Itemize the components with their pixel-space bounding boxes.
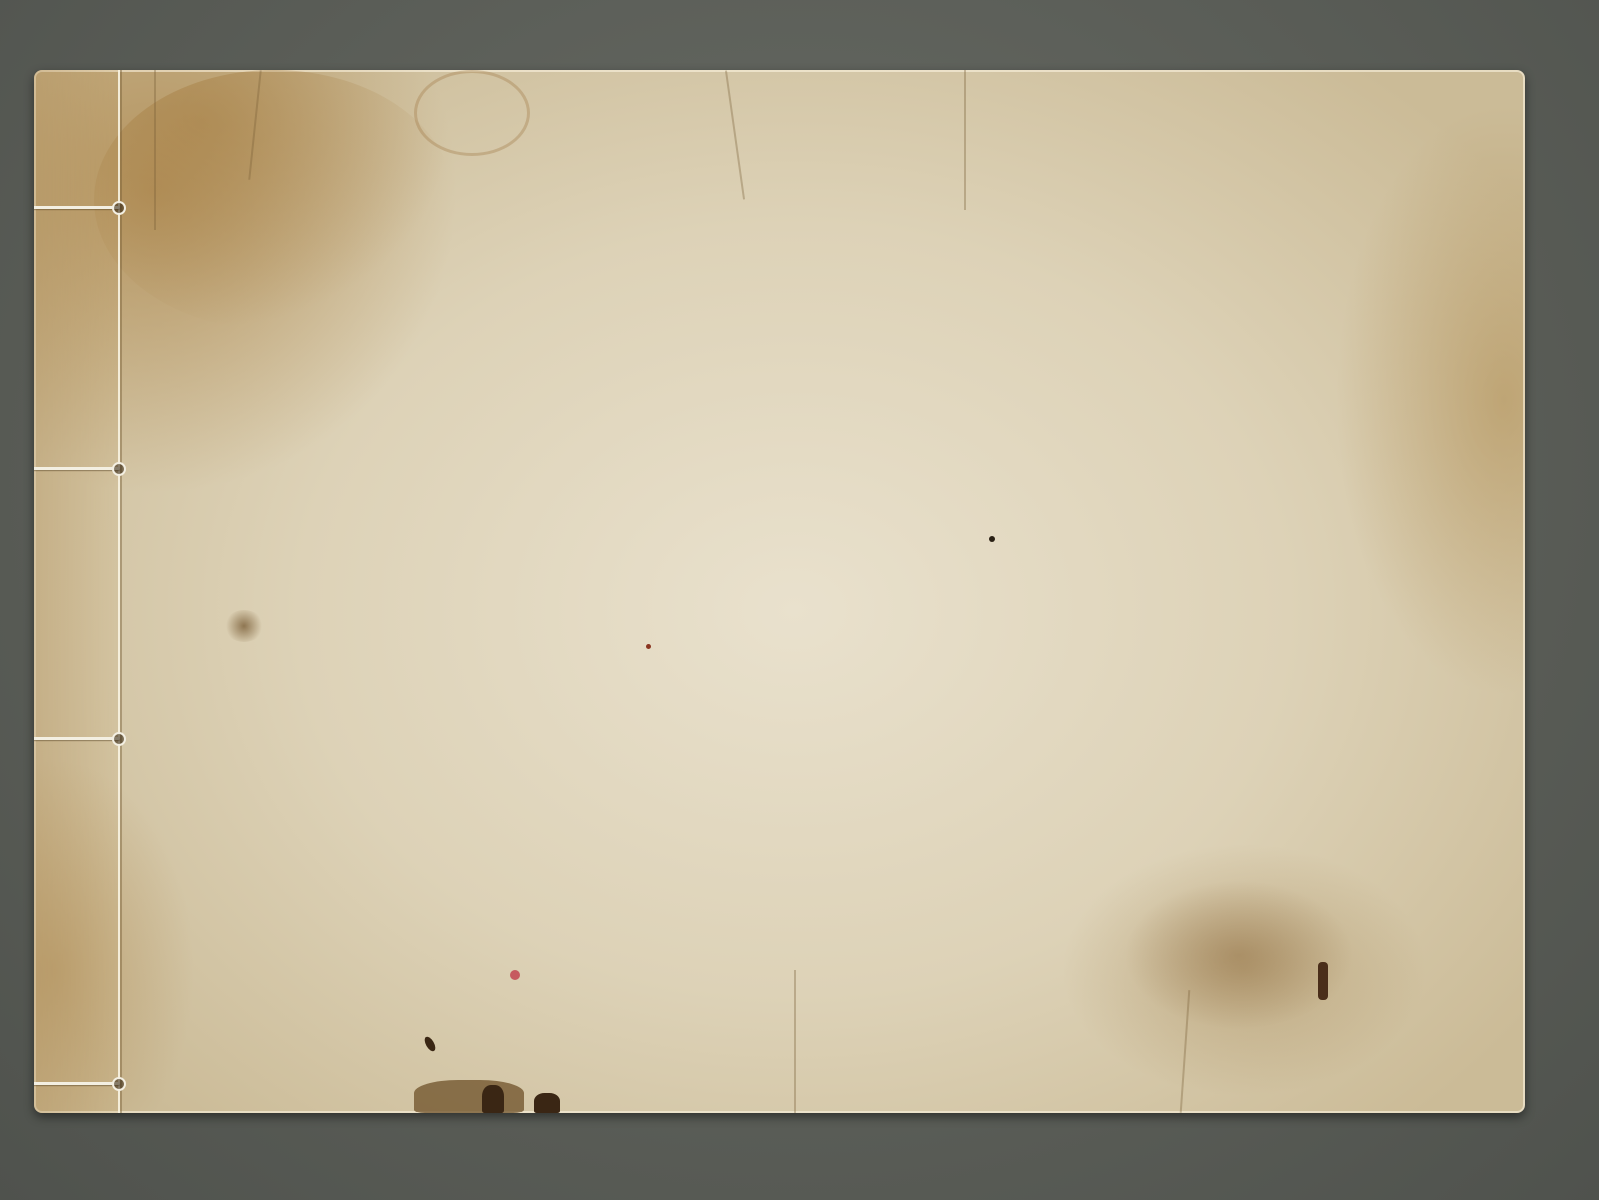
binding-knot	[112, 201, 126, 215]
stain-ring-top	[414, 70, 530, 156]
crease	[794, 970, 796, 1113]
brown-spot-left	[224, 610, 264, 642]
crease	[154, 70, 156, 230]
binding-knot	[112, 1077, 126, 1091]
dark-mark-right	[1318, 962, 1328, 1000]
crease	[725, 70, 745, 199]
crease	[964, 70, 966, 210]
dot-red	[646, 644, 651, 649]
damage-bottom	[423, 1035, 438, 1053]
crease	[1180, 990, 1191, 1113]
binding-knot	[112, 462, 126, 476]
binding-thread	[34, 737, 120, 740]
water-stain-top-left	[94, 70, 454, 330]
binding-thread	[34, 467, 120, 470]
damage-bottom	[414, 1080, 524, 1113]
red-mark-center	[510, 970, 520, 980]
binding-thread	[34, 206, 120, 209]
dot-center	[989, 536, 995, 542]
damage-bottom	[534, 1093, 560, 1113]
book-spine	[34, 70, 120, 1113]
damage-bottom	[482, 1085, 504, 1113]
brown-spot-bottom-right	[1124, 880, 1354, 1030]
binding-knot	[112, 732, 126, 746]
binding-thread	[34, 1082, 120, 1085]
crease	[248, 70, 261, 180]
book-cover	[34, 70, 1525, 1113]
